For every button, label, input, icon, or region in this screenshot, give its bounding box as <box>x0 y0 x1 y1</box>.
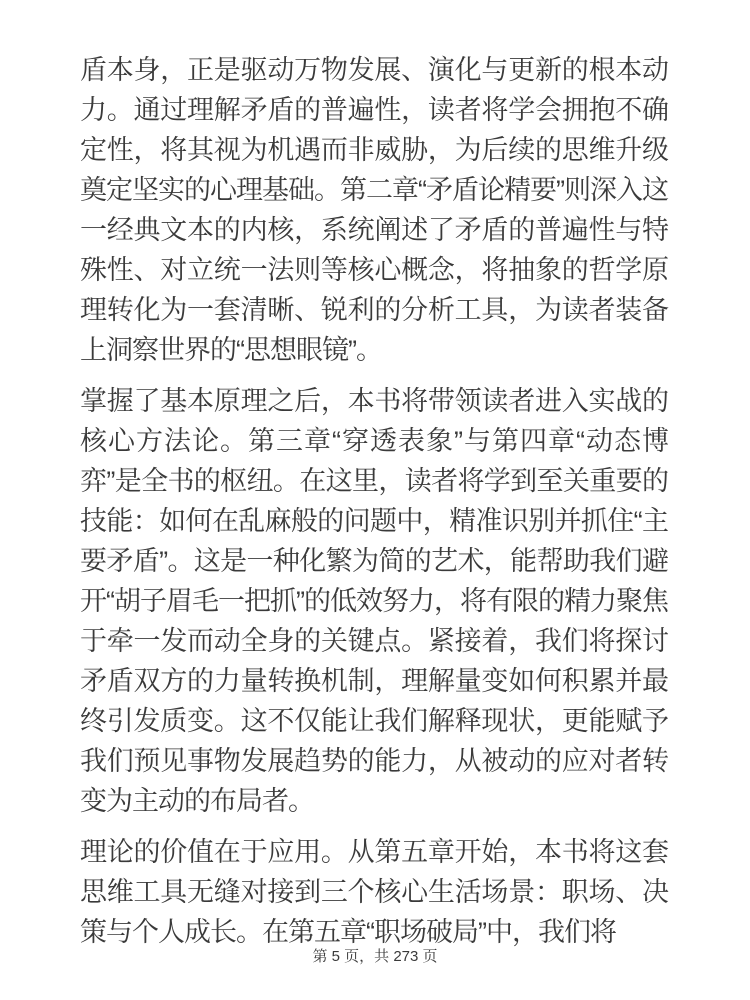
body-paragraph-1: 盾本身，正是驱动万物发展、演化与更新的根本动力。通过理解矛盾的普遍性，读者将学会… <box>80 50 668 370</box>
document-page: 盾本身，正是驱动万物发展、演化与更新的根本动力。通过理解矛盾的普遍性，读者将学会… <box>0 0 750 1000</box>
body-paragraph-2: 掌握了基本原理之后，本书将带领读者进入实战的核心方法论。第三章“穿透表象”与第四… <box>80 381 668 821</box>
body-paragraph-3: 理论的价值在于应用。从第五章开始，本书将这套思维工具无缝对接到三个核心生活场景：… <box>80 832 668 952</box>
page-text-content: 盾本身，正是驱动万物发展、演化与更新的根本动力。通过理解矛盾的普遍性，读者将学会… <box>80 50 668 952</box>
page-number-indicator: 第 5 页，共 273 页 <box>0 948 750 966</box>
